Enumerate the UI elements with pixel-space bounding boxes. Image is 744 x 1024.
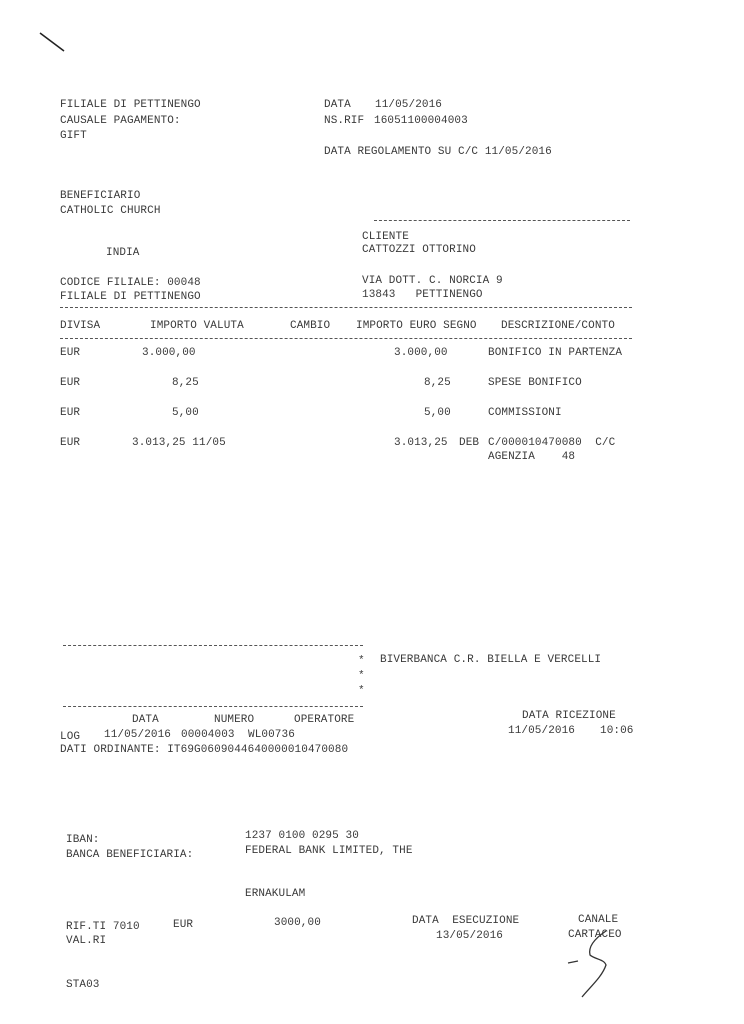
row-descrizione: COMMISSIONI xyxy=(488,407,562,420)
divider xyxy=(374,220,630,221)
row-descrizione: C/000010470080 C/C xyxy=(488,437,615,450)
col-importo-valuta: IMPORTO VALUTA xyxy=(150,320,244,333)
log-data: 11/05/2016 xyxy=(104,729,171,742)
bank-box-bottom xyxy=(63,706,363,707)
row-importo-valuta: 3.013,25 11/05 xyxy=(132,437,226,450)
log-numero: 00004003 xyxy=(181,729,235,742)
data-esecuzione-label: DATA ESECUZIONE xyxy=(412,915,519,928)
col-importo-euro-segno: IMPORTO EURO SEGNO xyxy=(356,320,477,333)
data-ricezione-date: 11/05/2016 xyxy=(508,725,575,738)
amount: 3000,00 xyxy=(274,917,321,930)
star-3: * xyxy=(358,685,365,698)
cliente-name: CATTOZZI OTTORINO xyxy=(362,244,476,257)
nsrif-label: NS.RIF xyxy=(324,115,364,128)
bank-box-top xyxy=(63,645,363,646)
row-divisa: EUR xyxy=(60,347,80,360)
rifti: RIF.TI 7010 xyxy=(66,921,140,934)
row-importo-valuta: 3.000,00 xyxy=(142,347,196,360)
row-importo-valuta: 8,25 xyxy=(172,377,199,390)
log-label: LOG xyxy=(60,731,80,744)
log-col-operatore: OPERATORE xyxy=(294,714,354,727)
banca-value: FEDERAL BANK LIMITED, THE xyxy=(245,845,413,858)
log-col-data: DATA xyxy=(132,714,159,727)
beneficiario-country: INDIA xyxy=(106,247,140,260)
codice-filiale: CODICE FILIALE: 00048 xyxy=(60,277,201,290)
iban-value: 1237 0100 0295 30 xyxy=(245,830,359,843)
row-agenzia: AGENZIA 48 xyxy=(488,451,575,464)
beneficiario-filiale: FILIALE DI PETTINENGO xyxy=(60,291,201,304)
row-segno: DEB xyxy=(459,437,479,450)
star-1: * xyxy=(358,655,365,668)
star-2: * xyxy=(358,670,365,683)
col-divisa: DIVISA xyxy=(60,320,100,333)
header-filiale: FILIALE DI PETTINENGO xyxy=(60,99,201,112)
beneficiario-name: CATHOLIC CHURCH xyxy=(60,205,161,218)
currency: EUR xyxy=(173,919,193,932)
city: ERNAKULAM xyxy=(245,888,305,901)
row-descrizione: SPESE BONIFICO xyxy=(488,377,582,390)
data-regolamento: DATA REGOLAMENTO SU C/C 11/05/2016 xyxy=(324,146,552,159)
nsrif-value: 16051100004003 xyxy=(374,115,468,128)
bank-name: BIVERBANCA C.R. BIELLA E VERCELLI xyxy=(380,654,601,667)
pen-stroke-mark xyxy=(38,30,68,54)
signature-icon xyxy=(560,925,640,1005)
row-importo-euro: 5,00 xyxy=(424,407,451,420)
log-col-numero: NUMERO xyxy=(214,714,254,727)
iban-label: IBAN: xyxy=(66,834,100,847)
row-divisa: EUR xyxy=(60,437,80,450)
data-ricezione-label: DATA RICEZIONE xyxy=(522,710,616,723)
beneficiario-label: BENEFICIARIO xyxy=(60,190,140,203)
data-ricezione-time: 10:06 xyxy=(600,725,634,738)
data-value: 11/05/2016 xyxy=(375,99,442,112)
data-label: DATA xyxy=(324,99,351,112)
cliente-label: CLIENTE xyxy=(362,231,409,244)
log-operatore: WL00736 xyxy=(248,729,295,742)
valri: VAL.RI xyxy=(66,935,106,948)
data-esecuzione-date: 13/05/2016 xyxy=(436,930,503,943)
cliente-address2: 13843 PETTINENGO xyxy=(362,289,483,302)
causale-value: GIFT xyxy=(60,130,87,143)
col-descrizione-conto: DESCRIZIONE/CONTO xyxy=(501,320,615,333)
table-top-divider xyxy=(60,307,632,308)
doc-code: STA03 xyxy=(66,979,100,992)
table-header-divider xyxy=(60,338,632,339)
causale-label: CAUSALE PAGAMENTO: xyxy=(60,115,181,128)
banca-label: BANCA BENEFICIARIA: xyxy=(66,849,193,862)
row-importo-euro: 8,25 xyxy=(424,377,451,390)
col-cambio: CAMBIO xyxy=(290,320,330,333)
dati-ordinante: DATI ORDINANTE: IT69G0609044640000010470… xyxy=(60,744,348,757)
row-importo-valuta: 5,00 xyxy=(172,407,199,420)
row-divisa: EUR xyxy=(60,407,80,420)
row-divisa: EUR xyxy=(60,377,80,390)
row-importo-euro: 3.013,25 xyxy=(394,437,448,450)
row-importo-euro: 3.000,00 xyxy=(394,347,448,360)
cliente-address1: VIA DOTT. C. NORCIA 9 xyxy=(362,275,503,288)
row-descrizione: BONIFICO IN PARTENZA xyxy=(488,347,622,360)
